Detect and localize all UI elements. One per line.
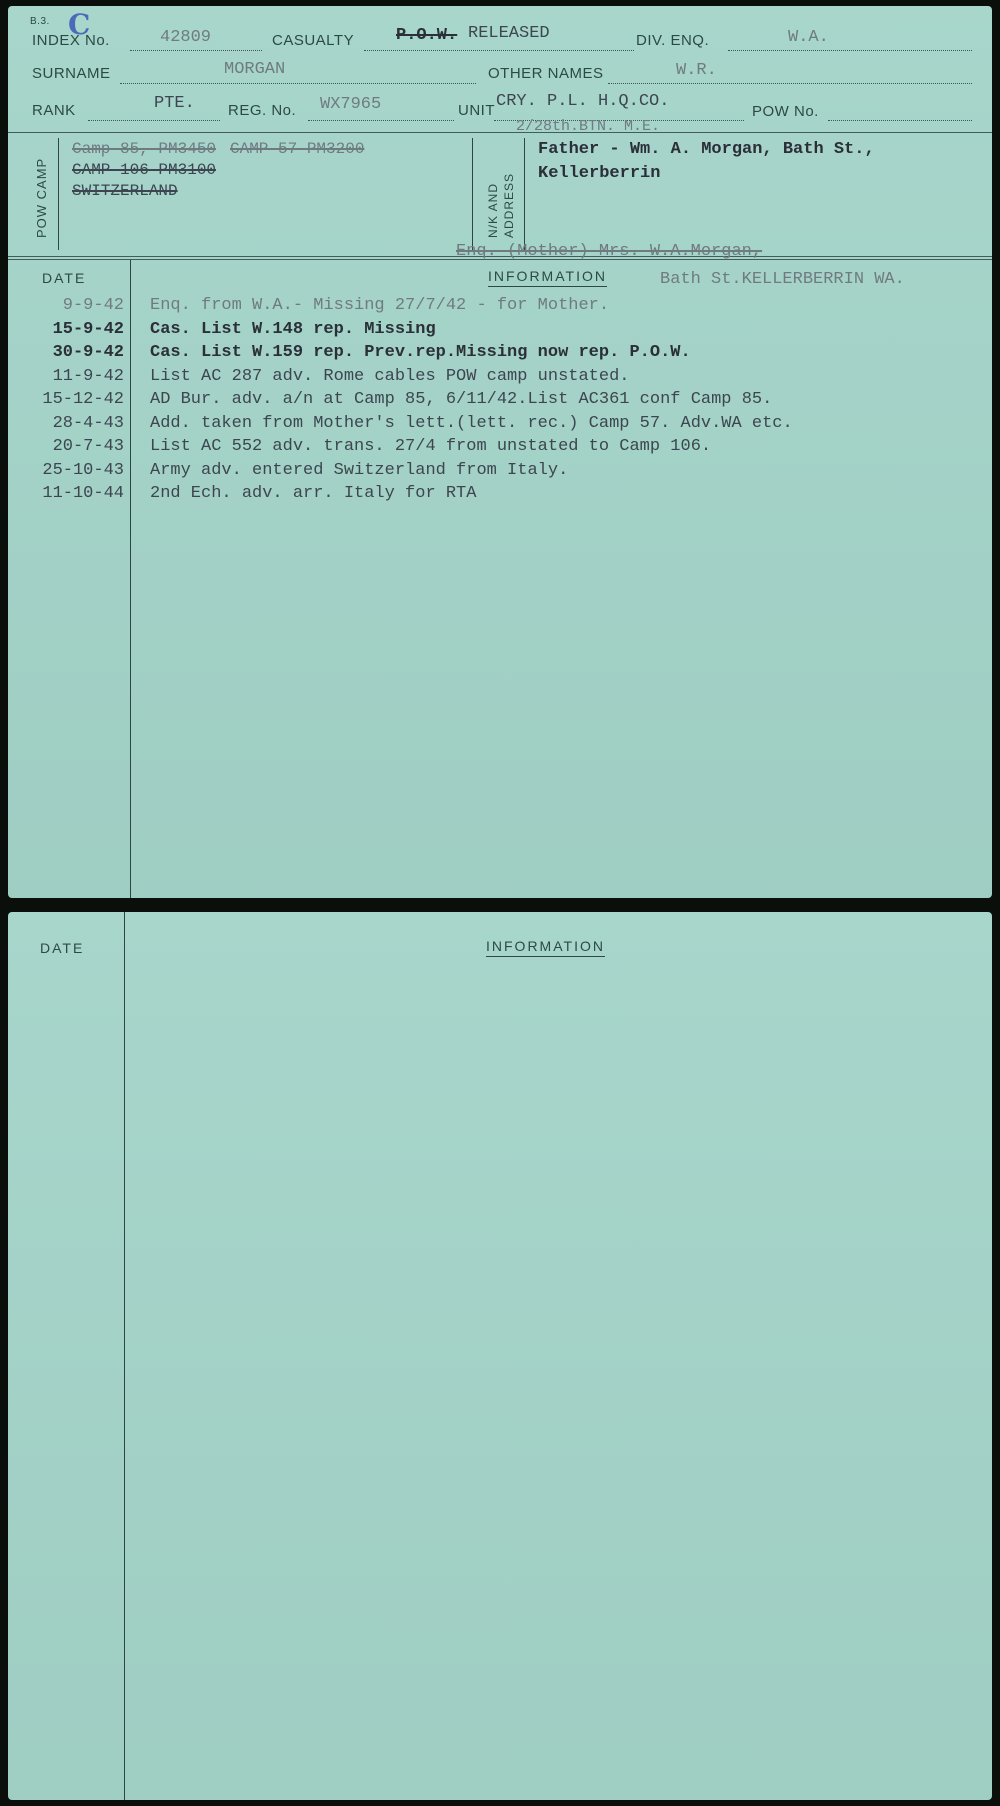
- pow-no-label: POW No.: [752, 103, 819, 120]
- index-value: 42809: [160, 28, 211, 47]
- nk-address-label-line1: N/K AND: [486, 183, 500, 238]
- record-card-front: B.3. C INDEX No. 42809 CASUALTY P.O.W. R…: [8, 6, 992, 898]
- unit-label: UNIT: [458, 102, 495, 119]
- reg-no-value: WX7965: [320, 95, 381, 114]
- row-date: 15-12-42: [8, 390, 124, 409]
- row-information: Cas. List W.148 rep. Missing: [150, 320, 436, 339]
- row-information: Enq. from W.A.- Missing 27/7/42 - for Mo…: [150, 296, 609, 315]
- row-date: 11-10-44: [8, 484, 124, 503]
- row-date: 28-4-43: [8, 414, 124, 433]
- row-information: List AC 287 adv. Rome cables POW camp un…: [150, 367, 629, 386]
- nk-address-struck-line: Enq. (Mother) Mrs. W.A.Morgan,: [456, 242, 762, 261]
- back-date-header: DATE: [40, 940, 84, 956]
- reg-no-label: REG. No.: [228, 102, 296, 119]
- other-names-label: OTHER NAMES: [488, 65, 604, 82]
- other-names-value: W.R.: [676, 61, 717, 80]
- row-date: 15-9-42: [8, 320, 124, 339]
- index-label: INDEX No.: [32, 32, 110, 49]
- rank-value: PTE.: [154, 94, 195, 113]
- row-date: 9-9-42: [8, 296, 124, 315]
- date-header: DATE: [42, 270, 86, 286]
- surname-value: MORGAN: [224, 60, 285, 79]
- nk-address-line-2: Kellerberrin: [538, 164, 660, 183]
- pow-camp-line-4: SWITZERLAND: [72, 182, 178, 200]
- pow-camp-line-3: CAMP-106-PM3100: [72, 161, 216, 179]
- nk-address-label-line2: ADDRESS: [502, 173, 516, 238]
- pow-camp-line-2: CAMP-57-PM3200: [230, 140, 364, 158]
- rank-label: RANK: [32, 102, 76, 119]
- back-information-header: INFORMATION: [486, 938, 605, 957]
- row-information: 2nd Ech. adv. arr. Italy for RTA: [150, 484, 476, 503]
- casualty-label: CASUALTY: [272, 32, 354, 49]
- surname-label: SURNAME: [32, 65, 111, 82]
- pow-camp-label: POW CAMP: [34, 158, 49, 238]
- row-information: Cas. List W.159 rep. Prev.rep.Missing no…: [150, 343, 691, 362]
- pow-camp-line-1: Camp-85,-PM3450: [72, 140, 216, 158]
- row-information: List AC 552 adv. trans. 27/4 from unstat…: [150, 437, 711, 456]
- casualty-struck-value: P.O.W.: [396, 26, 457, 45]
- form-code: B.3.: [30, 16, 50, 27]
- row-date: 20-7-43: [8, 437, 124, 456]
- row-information: Add. taken from Mother's lett.(lett. rec…: [150, 414, 793, 433]
- row-information: Army adv. entered Switzerland from Italy…: [150, 461, 568, 480]
- row-date: 30-9-42: [8, 343, 124, 362]
- casualty-value: RELEASED: [468, 24, 550, 43]
- unit-value-line1: CRY. P.L. H.Q.CO.: [496, 92, 669, 111]
- row-date: 25-10-43: [8, 461, 124, 480]
- nk-address-line-3: Bath St.KELLERBERRIN WA.: [660, 270, 905, 289]
- information-header: INFORMATION: [488, 268, 607, 287]
- record-card-back: DATE INFORMATION: [8, 912, 992, 1800]
- row-information: AD Bur. adv. a/n at Camp 85, 6/11/42.Lis…: [150, 390, 772, 409]
- nk-address-line-1: Father - Wm. A. Morgan, Bath St.,: [538, 140, 875, 159]
- row-date: 11-9-42: [8, 367, 124, 386]
- div-enq-label: DIV. ENQ.: [636, 32, 709, 49]
- div-enq-value: W.A.: [788, 28, 829, 47]
